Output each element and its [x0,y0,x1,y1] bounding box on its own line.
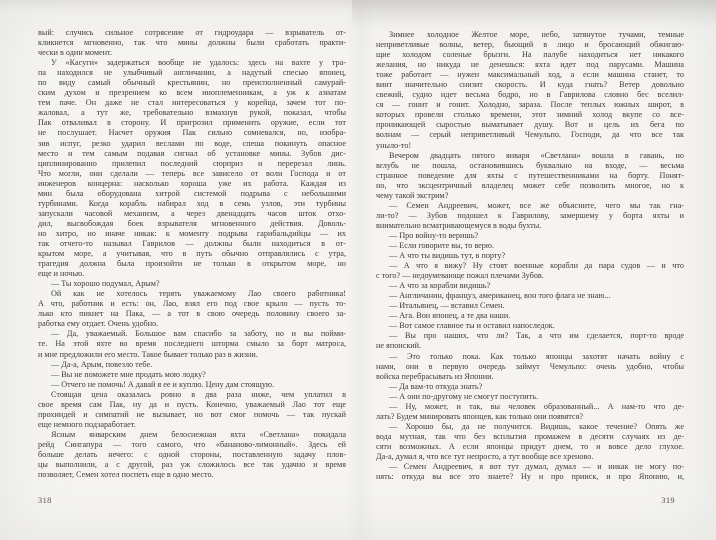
text-line: — Да, уважаемый. Большое вам спасибо за … [38,329,346,339]
text-line: еще немного подзаработает. [38,420,346,430]
text-line: так отчего-то называл Гаврилов — должны … [38,239,346,249]
text-line: вглубь не пошла, остановившись буквально… [376,161,684,171]
text-line: ским духом и презрением ко всем иноплеме… [38,88,346,98]
text-line: — Ты хорошо подумал, Арым? [38,279,346,289]
text-line: волнам — серый неприветливый Чемульпо. Г… [376,130,684,140]
text-line: нять: откуда вы все это знаете? Ну и про… [376,472,684,482]
text-line: крытом море, а учитывая, что в путь обыч… [38,249,346,259]
text-line: свежий, судно идет весьма бодро, но в Га… [376,90,684,100]
text-line: уныло-то! [376,141,684,151]
text-line: тем паче. Он даже не стал интересоваться… [38,98,346,108]
text-line: винт значительно снизит скорость. И куда… [376,80,684,90]
text-line: войска перебрасывать из Японии. [376,372,684,382]
text-line: желания, но никуда не денешься: яхта иде… [376,60,684,70]
text-line: — А что я вижу? Ну стоят военные корабли… [376,261,684,271]
text-line: — Семен Андреевич, может, все же объясни… [376,201,684,211]
text-line: Вечером двадцать пятого января «Светлана… [376,151,684,161]
book-spread-scan: вый: случись сильное сотрясение от гидро… [0,0,716,540]
text-line: — А они по-другому не смогут поступить. [376,392,684,402]
text-line: Что могли, они сделали — теперь все зави… [38,169,346,179]
text-line: — Ну, может, и так, вы человек образован… [376,402,684,412]
text-line: ли-то? — Зубов подошел к Гаврилову, заме… [376,211,684,221]
text-line: дил, высвобождая боек взрывателя мгновен… [38,219,346,229]
text-line: У «Касуги» задержаться вообще не удалось… [38,58,346,68]
text-line: — Итальянец, — вставил Семен. [376,301,684,311]
text-line: Ясным январским днем белоснежная яхта «С… [38,430,346,440]
text-line: нами, они в первую очередь займут Чемуль… [376,362,684,372]
text-line: — Да-а, Арым, повезло тебе. [38,360,346,370]
right-page: Зимнее холодное Желтое море, небо, затян… [376,0,684,540]
text-line: ся — гонит и гонит. Холодно, зараза. Пос… [376,100,684,110]
text-line: трагедия должна была произойти не только… [38,259,346,269]
text-line: не японский. [376,341,684,351]
text-line: проникающей сыростью выматывает душу. Во… [376,120,684,130]
text-line: чески в один момент. [38,48,346,58]
right-page-text: Зимнее холодное Желтое море, небо, затян… [376,30,684,482]
text-line: Пак отваливал в сторону. И пригрозил при… [38,118,346,128]
text-line: — Вы про наших, что ли? Так, а что им сд… [376,331,684,341]
text-line: инженеров концерна: насколько хороша уже… [38,179,346,189]
text-line: — А что ты видишь тут, в порту? [376,251,684,261]
text-line: — Про войну-то веришь? [376,231,684,241]
text-line: больше делать нечего: с одной стороны, п… [38,450,346,460]
text-line: — Это только пока. Как только японцы зах… [376,352,684,362]
text-line: — Семен Андреевич, я вот тут думал, дума… [376,462,684,472]
text-line: но, что эксцентричный владелец может себ… [376,181,684,191]
text-line: Стоящая цена оказалась ровно в два раза … [38,390,346,400]
text-line: — Да вам-то откуда знать? [376,382,684,392]
text-line: лько кто пикнет на Пака, — а тот в свою … [38,309,346,319]
text-line: лать? Будем минировать японцев, как толь… [376,412,684,422]
text-line: — Хорошо бы, да не получится. Видишь, ка… [376,422,684,432]
text-line: место и тем самым подавая сигнал об уста… [38,149,346,159]
text-line: цы выполнили, а с другой, раз уж сложило… [38,460,346,470]
text-line: — Вы не поможете мне продать мою лодку? [38,370,346,380]
text-line: прохиндей и симпатий не вызывает, но вот… [38,410,346,420]
text-line: но хитро, но иначе никак: к моменту подр… [38,229,346,239]
text-line: внимательно всматривающемуся в воды бухт… [376,221,684,231]
text-line: вый: случись сильное сотрясение от гидро… [38,28,346,38]
text-line: — Ага. Вон японец, а те два наши. [376,311,684,321]
text-line: — А что за корабли видишь? [376,281,684,291]
left-page: вый: случись сильное сотрясение от гидро… [38,0,346,540]
text-line: и мне предложили его место. Такое бывает… [38,350,346,360]
text-line: Ой как не хотелось терять уважаемому Лао… [38,289,346,299]
text-line: Да-а, думал я, что все тут непросто, а т… [376,452,684,462]
text-line: жаловал, а тут же, требовательно взмахну… [38,108,346,118]
text-line: странное поведение для яхты с путешестве… [376,171,684,181]
text-line: тоже работает — нужен максимальный ход, … [376,70,684,80]
text-line: Зимнее холодное Желтое море, небо, затян… [376,30,684,40]
text-line: — Отчего не помочь! А давай я ее и куплю… [38,380,346,390]
text-line: позволяет, Семен хотел поспеть еще в одн… [38,470,346,480]
text-line: — Если говорите вы, то верю. [376,241,684,251]
text-line: по виду самый обычный крестьянин, но пре… [38,78,346,88]
text-line: кликнется мгновенно, так что мины должны… [38,38,346,48]
text-line: — Англичанин, француз, американец, вон т… [376,291,684,301]
text-line: А что, работник и есть: он, Лао, взял ег… [38,299,346,309]
text-line: мин была оборудована хитрой системой под… [38,189,346,199]
text-line: рейд Сингапура — того самого, что «банан… [38,440,346,450]
text-line: еще и ночью. [38,269,346,279]
text-line: зив испуг, резко ударил веслами по воде,… [38,139,346,149]
text-line: те. На этой яхте во время последнего што… [38,339,346,349]
text-line: циплинированно прилепил последний сюрпри… [38,159,346,169]
text-line: которых провели столько времени, этот зи… [376,110,684,120]
text-line: запускали часовой механизм, а через двен… [38,209,346,219]
text-line: чему такой экстрим? [376,191,684,201]
text-line: вода мутная, так что без всплытия промаж… [376,432,684,442]
text-line: неприветливые волны, ветер, бьющий в лиц… [376,40,684,50]
text-line: щие холодом соленые брызги. На палубе на… [376,50,684,60]
text-line: турбинами. Когда корабль набирал ход в с… [38,199,346,209]
left-page-number: 318 [38,496,52,505]
right-page-number: 319 [661,496,675,505]
text-line: свое время сам Пак, ну да и пусть. Конеч… [38,400,346,410]
text-line: не послушает. Насчет оружия Пак сильно с… [38,128,346,138]
text-line: — Вот самое главное ты и оставил напосле… [376,321,684,331]
text-line: па находился не улыбчивый англичанин, а … [38,68,346,78]
text-line: сяти возможных. А если японцы придут дне… [376,442,684,452]
left-page-text: вый: случись сильное сотрясение от гидро… [38,28,346,480]
text-line: работка ему отдает. Очень удобно. [38,319,346,329]
text-line: с того? — недоумевающе пожал плечами Зуб… [376,271,684,281]
page-gutter [346,0,376,540]
